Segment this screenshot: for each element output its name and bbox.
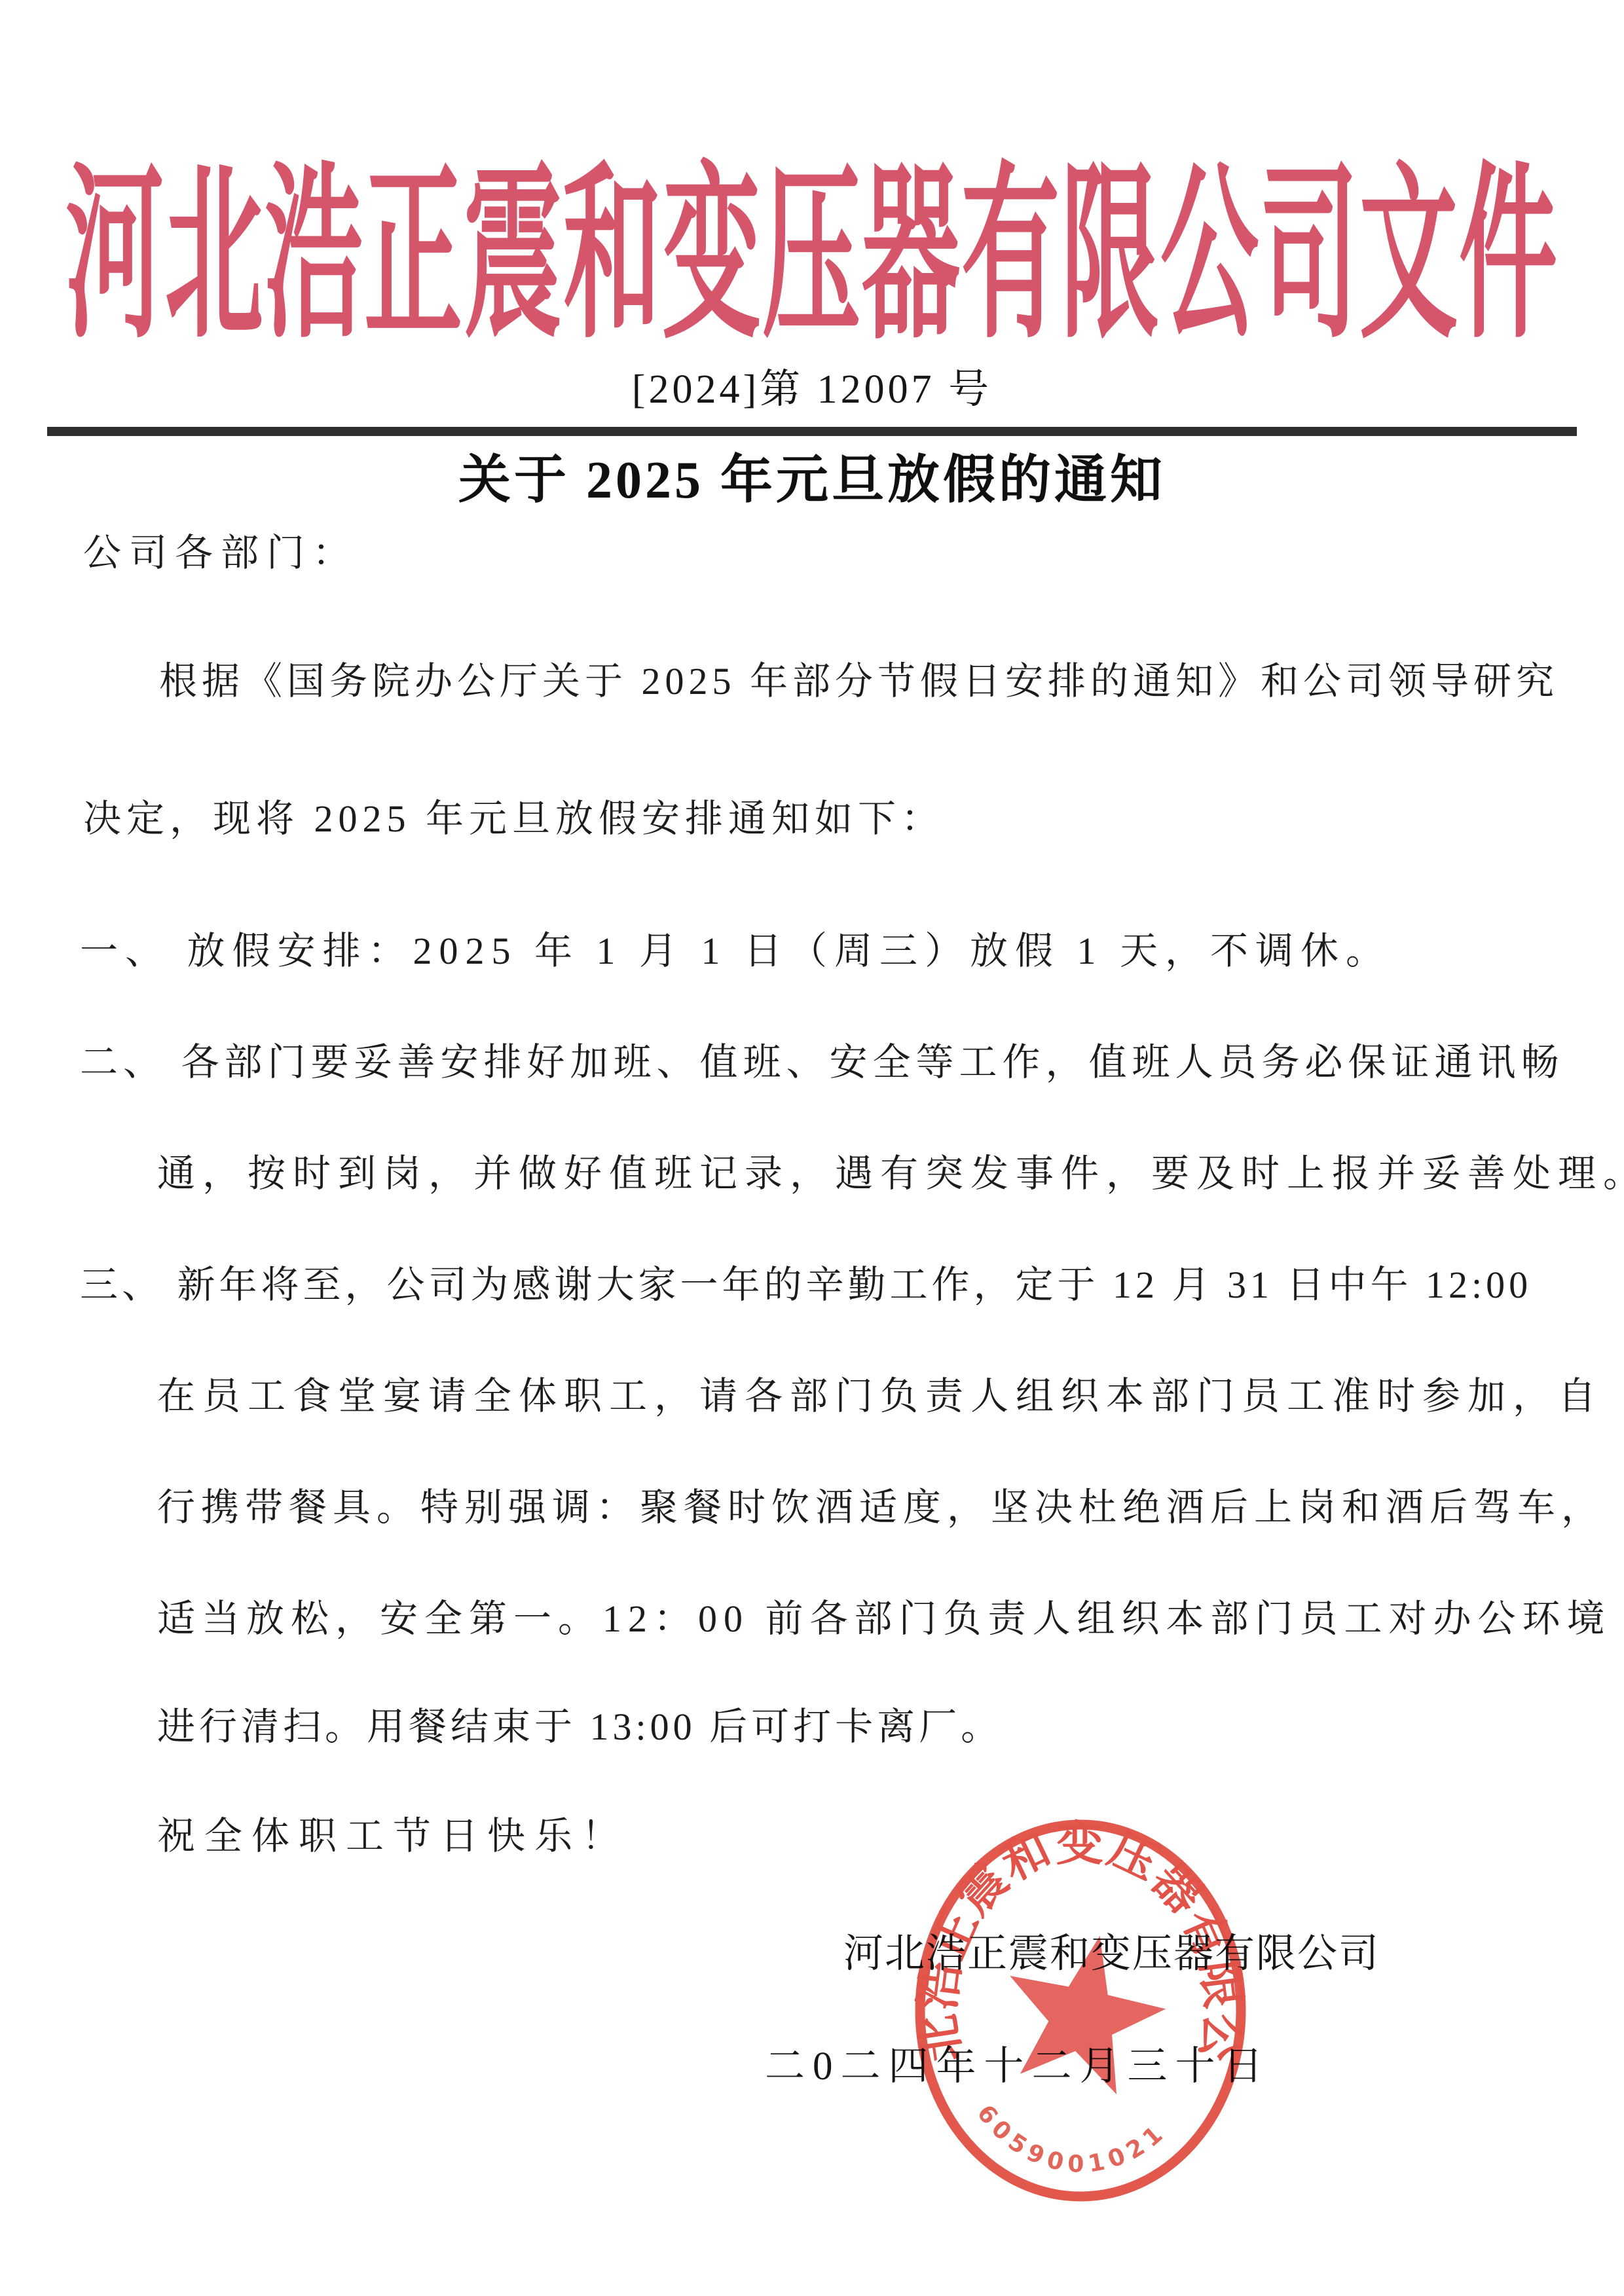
body-line: 适当放松，安全第一。12：00 前各部门负责人组织本部门员工对办公环境 [157,1597,1612,1641]
notice-title: 关于 2025 年元旦放假的通知 [0,450,1624,511]
company-seal-stamp: 河北浩正震和变压器有限公司 6059001021 [904,1810,1257,2211]
body-line-greeting: 祝全体职工节日快乐！ [157,1815,629,1858]
body-line-item-2: 二、 各部门要妥善安排好加班、值班、安全等工作，值班人员务必保证通讯畅 [80,1041,1564,1084]
letterhead-title: 河北浩正震和变压器有限公司文件 [0,162,1624,351]
seal-star [990,1919,1177,2100]
body-line: 在员工食堂宴请全体职工，请各部门负责人组织本部门员工准时参加，自 [157,1375,1603,1418]
body-line: 行携带餐具。特别强调：聚餐时饮酒适度，坚决杜绝酒后上岗和酒后驾车， [157,1486,1605,1529]
header-separator-rule [47,427,1577,436]
body-line: 决定，现将 2025 年元旦放假安排通知如下： [83,797,944,841]
body-line: 进行清扫。用餐结束于 13:00 后可打卡离厂。 [157,1705,1003,1749]
body-line-item-3: 三、 新年将至，公司为感谢大家一年的辛勤工作，定于 12 月 31 日中午 12… [80,1264,1532,1307]
seal-serial-number: 6059001021 [972,2100,1172,2178]
body-line: 通，按时到岗，并做好值班记录，遇有突发事件，要及时上报并妥善处理。 [157,1152,1624,1195]
body-line: 根据《国务院办公厅关于 2025 年部分节假日安排的通知》和公司领导研究 [159,660,1559,703]
document-number: [2024]第 12007 号 [0,367,1624,412]
body-line-salutation: 公司各部门： [83,532,358,575]
body-line-item-1: 一、 放假安排：2025 年 1 月 1 日（周三）放假 1 天，不调休。 [80,930,1391,973]
document-page: 河北浩正震和变压器有限公司文件 [2024]第 12007 号 关于 2025 … [0,0,1624,2296]
